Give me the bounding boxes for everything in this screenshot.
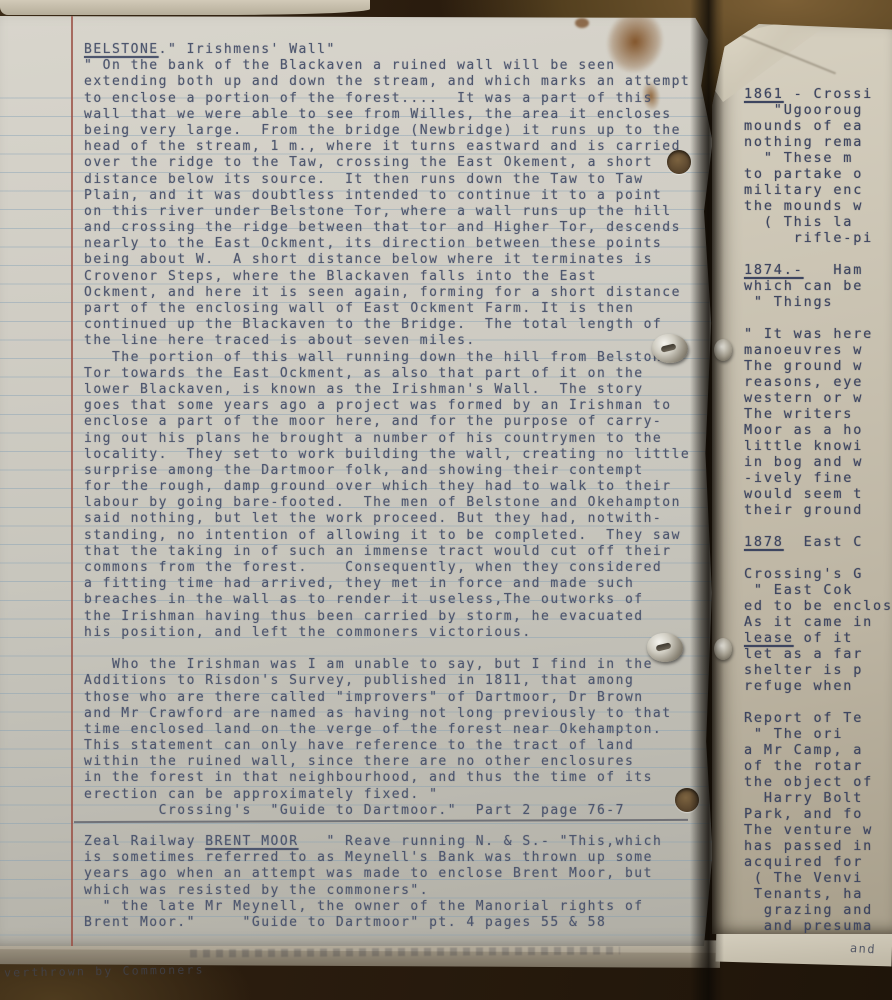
binder-fastener	[652, 334, 688, 363]
binder-fastener	[647, 633, 683, 662]
torn-tape-edge	[0, 0, 370, 15]
typed-text-main: BELSTONE." Irishmens' Wall"" On the bank…	[84, 42, 724, 819]
binder-fastener-right	[714, 339, 732, 361]
left-page: BELSTONE." Irishmens' Wall"" On the bank…	[0, 16, 714, 946]
typed-text-section2: Zeal Railway BRENT MOOR " Reave running …	[84, 834, 724, 931]
typed-text-right: 1861 - Crossi "Ugoorougmounds of eanothi…	[744, 86, 892, 934]
right-page: 1861 - Crossi "Ugoorougmounds of eanothi…	[712, 24, 892, 934]
punch-hole	[675, 788, 699, 812]
photo-scene: verthrown by Commoners BELSTONE." Irishm…	[0, 0, 892, 1000]
rust-stain	[575, 18, 589, 28]
margin-line	[71, 16, 73, 946]
under-page-text-fragment: and	[849, 941, 876, 957]
under-page-text-fragment: verthrown by Commoners	[4, 962, 205, 979]
punch-hole	[667, 150, 691, 174]
binder-fastener-right	[714, 638, 732, 660]
